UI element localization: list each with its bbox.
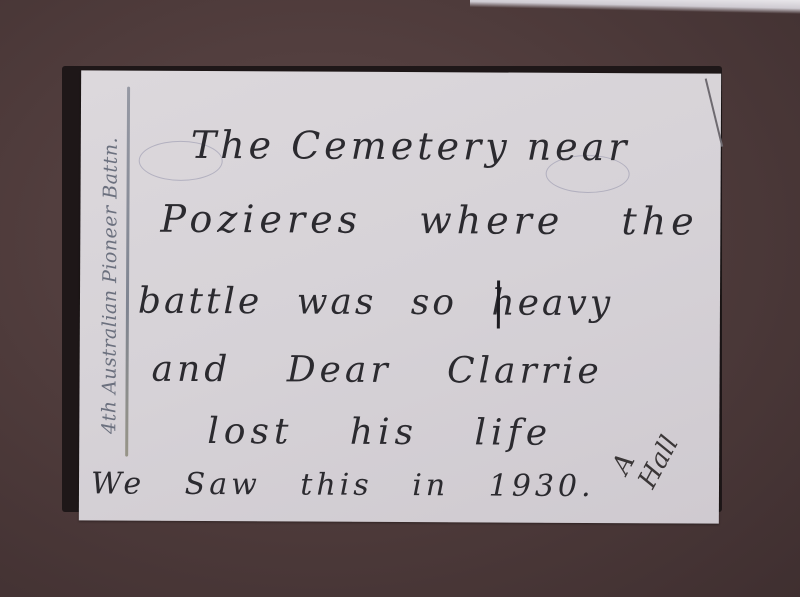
handwriting-line-4: and Dear Clarrie bbox=[152, 349, 603, 392]
handwriting-line-1: The Cemetery near bbox=[191, 123, 631, 169]
handwriting-line-6: We Saw this in 1930. bbox=[91, 466, 595, 504]
signature: A Hall bbox=[606, 412, 687, 493]
handwriting-line-2: Pozieres where the bbox=[160, 197, 698, 244]
top-glare bbox=[470, 0, 800, 14]
card-crease bbox=[705, 78, 724, 146]
handwriting-line-3: battle was so heavy bbox=[138, 281, 613, 324]
side-note-vertical: 4th Australian Pioneer Battn. bbox=[98, 95, 130, 475]
handwriting-line-5: lost his life bbox=[207, 411, 552, 454]
handwritten-card: 4th Australian Pioneer Battn. The Cemete… bbox=[79, 70, 721, 523]
ink-stroke-mark bbox=[497, 281, 500, 329]
